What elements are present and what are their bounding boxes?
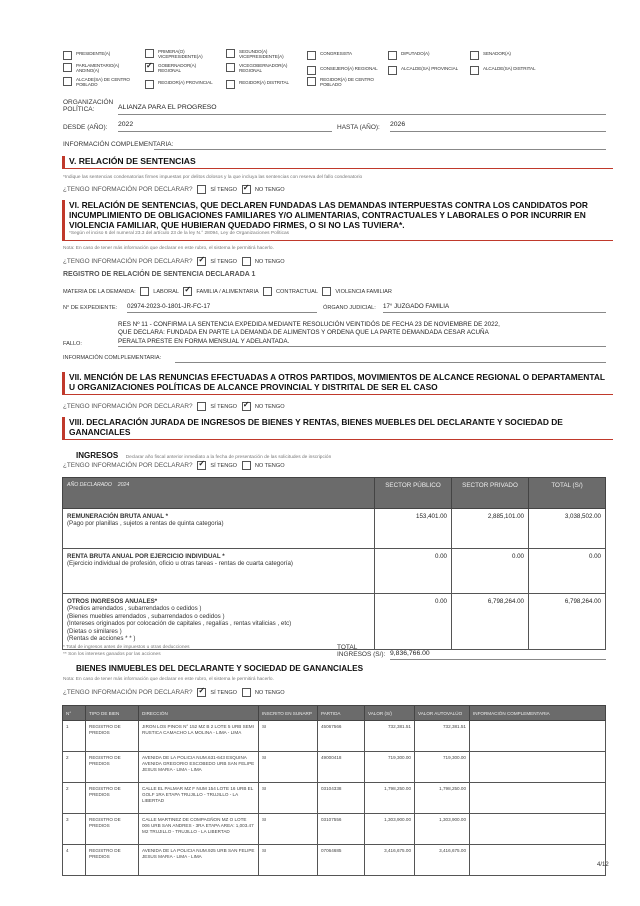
- inmueble-valor: 719,300.00: [365, 752, 415, 783]
- header-direccion: DIRECCIÓN: [139, 706, 259, 721]
- cargo-checkbox[interactable]: [307, 77, 316, 86]
- inmueble-row: 4REGISTRO DE PREDIOSAVENIDA DE LA POLICI…: [63, 845, 606, 876]
- section-vi-note: Nota: En caso de tener más información q…: [63, 246, 274, 251]
- si-tengo-checkbox[interactable]: [197, 402, 206, 411]
- materia-laboral-checkbox[interactable]: [140, 287, 149, 296]
- header-tipo: TIPO DE BIEN: [86, 706, 139, 721]
- ingresos-privado-value: 2,885,101.00: [452, 509, 529, 549]
- ingresos-total-value: 0.00: [529, 549, 606, 594]
- inmueble-row: 2REGISTRO DE PREDIOSAVENIDA DE LA POLICI…: [63, 752, 606, 783]
- inmueble-partida: 03104338: [318, 783, 365, 814]
- ingresos-privado-value: 0.00: [452, 549, 529, 594]
- ingresos-question: ¿TENGO INFORMACIÓN POR DECLARAR? SÍ TENG…: [63, 461, 285, 470]
- ingresos-footnotes: * Total de ingresos antes de impuestos u…: [63, 644, 190, 658]
- cargo-presidente[interactable]: PRESIDENTE(A): [76, 51, 110, 56]
- ingresos-table: AÑO DECLARADO 2024 SECTOR PÚBLICO SECTOR…: [62, 477, 606, 650]
- no-tengo-checkbox-checked[interactable]: [242, 185, 251, 194]
- inmueble-sunarp: SI: [259, 814, 318, 845]
- header-privado: SECTOR PRIVADO: [452, 478, 529, 509]
- section-v-question: ¿TENGO INFORMACIÓN POR DECLARAR? SÍ TENG…: [63, 185, 285, 194]
- ingresos-publico-value: 0.00: [375, 594, 452, 650]
- ingresos-total-value: 6,798,264.00: [529, 594, 606, 650]
- cargo-regidor-distrital[interactable]: REGIDOR(A) DISTRITAL: [239, 80, 289, 85]
- total-ingresos-value: 9,836,766.00: [390, 650, 606, 660]
- inmueble-direccion: CALLE MARTINEZ DE COMPAGÑON MZ O LOTE 00…: [139, 814, 259, 845]
- inmueble-n: 1: [63, 721, 86, 752]
- desde-label: DESDE (AÑO):: [63, 124, 107, 131]
- inmuebles-question: ¿TENGO INFORMACIÓN POR DECLARAR? SÍ TENG…: [63, 688, 285, 697]
- info-complementaria-field: [154, 141, 606, 150]
- inmueble-partida: 45067566: [318, 721, 365, 752]
- inmueble-valor: 1,303,900.00: [365, 814, 415, 845]
- registro-title: REGISTRO DE RELACIÓN DE SENTENCIA DECLAR…: [63, 271, 255, 278]
- section-vii-question: ¿TENGO INFORMACIÓN POR DECLARAR? SÍ TENG…: [63, 402, 285, 411]
- si-tengo-checkbox[interactable]: [197, 185, 206, 194]
- inmueble-info: [470, 814, 606, 845]
- inmueble-valor: 732,381.51: [365, 721, 415, 752]
- si-tengo-checkbox-checked[interactable]: [197, 257, 206, 266]
- no-tengo-checkbox-checked[interactable]: [242, 402, 251, 411]
- ingresos-publico-value: 153,401.00: [375, 509, 452, 549]
- cargo-gobernador-regional[interactable]: GOBERNADOR(A) REGIONAL: [158, 63, 218, 73]
- inmuebles-table: N° TIPO DE BIEN DIRECCIÓN INSCRITO EN SU…: [62, 705, 606, 876]
- inmueble-n: 3: [63, 814, 86, 845]
- inmueble-partida: 07064685: [318, 845, 365, 876]
- expediente-label: N° DE EXPEDIENTE:: [63, 305, 117, 311]
- cargo-diputado[interactable]: DIPUTADO(A): [401, 51, 429, 56]
- inmueble-tipo: REGISTRO DE PREDIOS: [86, 814, 139, 845]
- cargo-regidor-provincial[interactable]: REGIDOR(A) PROVINCIAL: [158, 80, 213, 85]
- cargo-checkbox[interactable]: [226, 49, 235, 58]
- cargo-checkbox[interactable]: [388, 51, 397, 60]
- inmueble-info: [470, 721, 606, 752]
- inmuebles-note: Nota: En caso de tener más información q…: [63, 677, 274, 682]
- section-v-title: V. RELACIÓN DE SENTENCIAS: [62, 156, 613, 169]
- organizacion-field: ALIANZA PARA EL PROGRESO: [118, 104, 606, 115]
- header-partida: PARTIDA: [318, 706, 365, 721]
- fallo-label: FALLO:: [63, 341, 82, 347]
- inmueble-autovaluo: 1,798,250.00: [415, 783, 470, 814]
- inmueble-row: 3REGISTRO DE PREDIOSCALLE MARTINEZ DE CO…: [63, 814, 606, 845]
- no-tengo-checkbox[interactable]: [242, 461, 251, 470]
- inmueble-sunarp: SI: [259, 845, 318, 876]
- materia-violencia-checkbox[interactable]: [322, 287, 331, 296]
- header-autovaluo: VALOR AUTOVALÚO: [415, 706, 470, 721]
- section-v-note: *Indique las sentencias condenatorias fi…: [63, 175, 362, 180]
- ingresos-concepto: OTROS INGRESOS ANUALES*(Predios arrendad…: [63, 594, 375, 650]
- page-number: 4/12: [597, 862, 609, 868]
- cargo-parlamentario-andino[interactable]: PARLAMENTARIO(A) ANDINO(A): [76, 63, 138, 73]
- ingresos-concepto: RENTA BRUTA ANUAL POR EJERCICIO INDIVIDU…: [63, 549, 375, 594]
- inmueble-direccion: JIRON LOS PINOS N° 152 MZ B 2 LOTE 5 URB…: [139, 721, 259, 752]
- cargo-regidor-centro-poblado[interactable]: REGIDOR(A) DE CENTRO POBLADO: [320, 77, 382, 87]
- inmueble-info: [470, 845, 606, 876]
- inmueble-partida: 49000418: [318, 752, 365, 783]
- section-viii-title: VIII. DECLARACIÓN JURADA DE INGRESOS DE …: [62, 417, 613, 440]
- cargo-checkbox[interactable]: [226, 80, 235, 89]
- inmueble-sunarp: SI: [259, 721, 318, 752]
- cargo-checkbox[interactable]: [226, 63, 235, 72]
- ingresos-privado-value: 6,798,264.00: [452, 594, 529, 650]
- cargo-segundo-vicepresidente[interactable]: SEGUNDO(A) VICEPRESIDENTE(A): [239, 49, 299, 59]
- inmueble-sunarp: SI: [259, 752, 318, 783]
- inmueble-direccion: AVENIDA DE LA POLICIA NUM.631-643 ESQUIN…: [139, 752, 259, 783]
- fallo-text: RES Nº 11 - CONFIRMA LA SENTENCIA EXPEDI…: [118, 321, 588, 347]
- section-vi-info-label: INFORMACIÓN COMLPLEMENTARIA:: [63, 355, 161, 361]
- cargo-congresista[interactable]: CONGRESISTA: [320, 51, 352, 56]
- header-valor: VALOR (S/): [365, 706, 415, 721]
- cargo-checkbox[interactable]: [63, 51, 72, 60]
- section-vi-footnote: *Según el inciso 6 del numeral 23.3 del …: [69, 230, 613, 237]
- no-tengo-checkbox[interactable]: [242, 257, 251, 266]
- inmueble-row: 1REGISTRO DE PREDIOSJIRON LOS PINOS N° 1…: [63, 721, 606, 752]
- inmueble-info: [470, 752, 606, 783]
- cargo-checkbox[interactable]: [307, 66, 316, 75]
- inmueble-tipo: REGISTRO DE PREDIOS: [86, 783, 139, 814]
- expediente-field: 02974-2023-0-1801-JR-FC-17: [127, 303, 317, 313]
- ingresos-row: REMUNERACIÓN BRUTA ANUAL *(Pago por plan…: [63, 509, 606, 549]
- inmueble-valor: 1,798,250.00: [365, 783, 415, 814]
- materia-familia-checkbox-checked[interactable]: [183, 287, 192, 296]
- inmueble-autovaluo: 3,416,675.00: [415, 845, 470, 876]
- cargo-checkbox[interactable]: [307, 51, 316, 60]
- inmueble-tipo: REGISTRO DE PREDIOS: [86, 752, 139, 783]
- inmueble-n: 2: [63, 783, 86, 814]
- section-vi-title: VI. RELACIÓN DE SENTENCIAS, QUE DECLAREN…: [62, 200, 613, 241]
- cargo-alcalde-provincial[interactable]: ALCALDE(SA) PROVINCIAL: [401, 66, 458, 71]
- organizacion-label: ORGANIZACIÓNPOLÍTICA:: [63, 99, 113, 113]
- materia-contractual-checkbox[interactable]: [263, 287, 272, 296]
- cargo-checkbox[interactable]: [388, 66, 397, 75]
- inmueble-sunarp: SI: [259, 783, 318, 814]
- ingresos-total-value: 3,038,502.00: [529, 509, 606, 549]
- header-publico: SECTOR PÚBLICO: [375, 478, 452, 509]
- cargo-vicegobernador-regional[interactable]: VICEGOBERNADOR(A) REGIONAL: [239, 63, 299, 73]
- header-sunarp: INSCRITO EN SUNARP: [259, 706, 318, 721]
- section-vi-question: ¿TENGO INFORMACIÓN POR DECLARAR? SÍ TENG…: [63, 257, 285, 266]
- materia-row: MATERIA DE LA DEMANDA: LABORAL FAMILIA /…: [63, 287, 392, 296]
- header-info: INFORMACIÓN COMPLEMENTARIA: [470, 706, 606, 721]
- ingresos-row: RENTA BRUTA ANUAL POR EJERCICIO INDIVIDU…: [63, 549, 606, 594]
- inmueble-n: 2: [63, 752, 86, 783]
- ingresos-header-row: AÑO DECLARADO 2024 SECTOR PÚBLICO SECTOR…: [63, 478, 606, 509]
- inmueble-autovaluo: 719,300.00: [415, 752, 470, 783]
- ingresos-concepto: REMUNERACIÓN BRUTA ANUAL *(Pago por plan…: [63, 509, 375, 549]
- inmueble-autovaluo: 732,381.51: [415, 721, 470, 752]
- inmueble-direccion: AVENIDA DE LA POLICIA NUM.925 URB SAN FE…: [139, 845, 259, 876]
- cargo-senador[interactable]: SENADOR(A): [483, 51, 511, 56]
- inmueble-n: 4: [63, 845, 86, 876]
- ingresos-publico-value: 0.00: [375, 549, 452, 594]
- desde-field: 2022: [118, 121, 332, 132]
- cargo-checkbox[interactable]: [63, 77, 72, 86]
- cargo-checkbox[interactable]: [145, 49, 154, 58]
- year-header: AÑO DECLARADO 2024: [63, 478, 375, 509]
- cargo-primer-vicepresidente[interactable]: PRIMERA(O) VICEPRESIDENTE(A): [158, 49, 218, 59]
- hasta-label: HASTA (AÑO):: [337, 124, 380, 131]
- inmueble-tipo: REGISTRO DE PREDIOS: [86, 721, 139, 752]
- inmuebles-header-row: N° TIPO DE BIEN DIRECCIÓN INSCRITO EN SU…: [63, 706, 606, 721]
- organo-field: 17° JUZGADO FAMILIA: [383, 303, 606, 313]
- no-tengo-checkbox[interactable]: [242, 688, 251, 697]
- cargo-checkbox[interactable]: [470, 66, 479, 75]
- si-tengo-checkbox-checked[interactable]: [197, 688, 206, 697]
- section-vi-info-field: [175, 355, 606, 363]
- organo-label: ÓRGANO JUDICIAL:: [323, 305, 376, 311]
- inmueble-partida: 03107556: [318, 814, 365, 845]
- inmueble-info: [470, 783, 606, 814]
- total-ingresos-label: TOTAL INGRESOS (S/):: [337, 644, 385, 658]
- inmuebles-title: BIENES INMUEBLES DEL DECLARANTE Y SOCIED…: [76, 664, 363, 673]
- inmueble-direccion: CALLE EL PALMAR MZ F NUM 154 LOTE 16 URB…: [139, 783, 259, 814]
- cargo-checkbox[interactable]: [63, 63, 72, 72]
- cargo-checkbox-checked[interactable]: [145, 63, 154, 72]
- inmueble-autovaluo: 1,303,900.00: [415, 814, 470, 845]
- cargo-checkbox[interactable]: [470, 51, 479, 60]
- si-tengo-checkbox-checked[interactable]: [197, 461, 206, 470]
- header-n: N°: [63, 706, 86, 721]
- cargo-consejero-regional[interactable]: CONSEJERO(A) REGIONAL: [320, 66, 378, 71]
- cargo-checkbox[interactable]: [145, 80, 154, 89]
- cargo-alcalde-centro-poblado[interactable]: ALCADE(SA) DE CENTRO POBLADO: [76, 77, 138, 87]
- inmueble-tipo: REGISTRO DE PREDIOS: [86, 845, 139, 876]
- ingresos-row: OTROS INGRESOS ANUALES*(Predios arrendad…: [63, 594, 606, 650]
- inmueble-row: 2REGISTRO DE PREDIOSCALLE EL PALMAR MZ F…: [63, 783, 606, 814]
- cargo-alcalde-distrital[interactable]: ALCALDE(SA) DISTRITAL: [483, 66, 535, 71]
- header-total: TOTAL (S/): [529, 478, 606, 509]
- inmueble-valor: 3,416,675.00: [365, 845, 415, 876]
- section-vii-title: VII. MENCIÓN DE LAS RENUNCIAS EFECTUADAS…: [62, 372, 613, 395]
- hasta-field: 2026: [390, 121, 606, 132]
